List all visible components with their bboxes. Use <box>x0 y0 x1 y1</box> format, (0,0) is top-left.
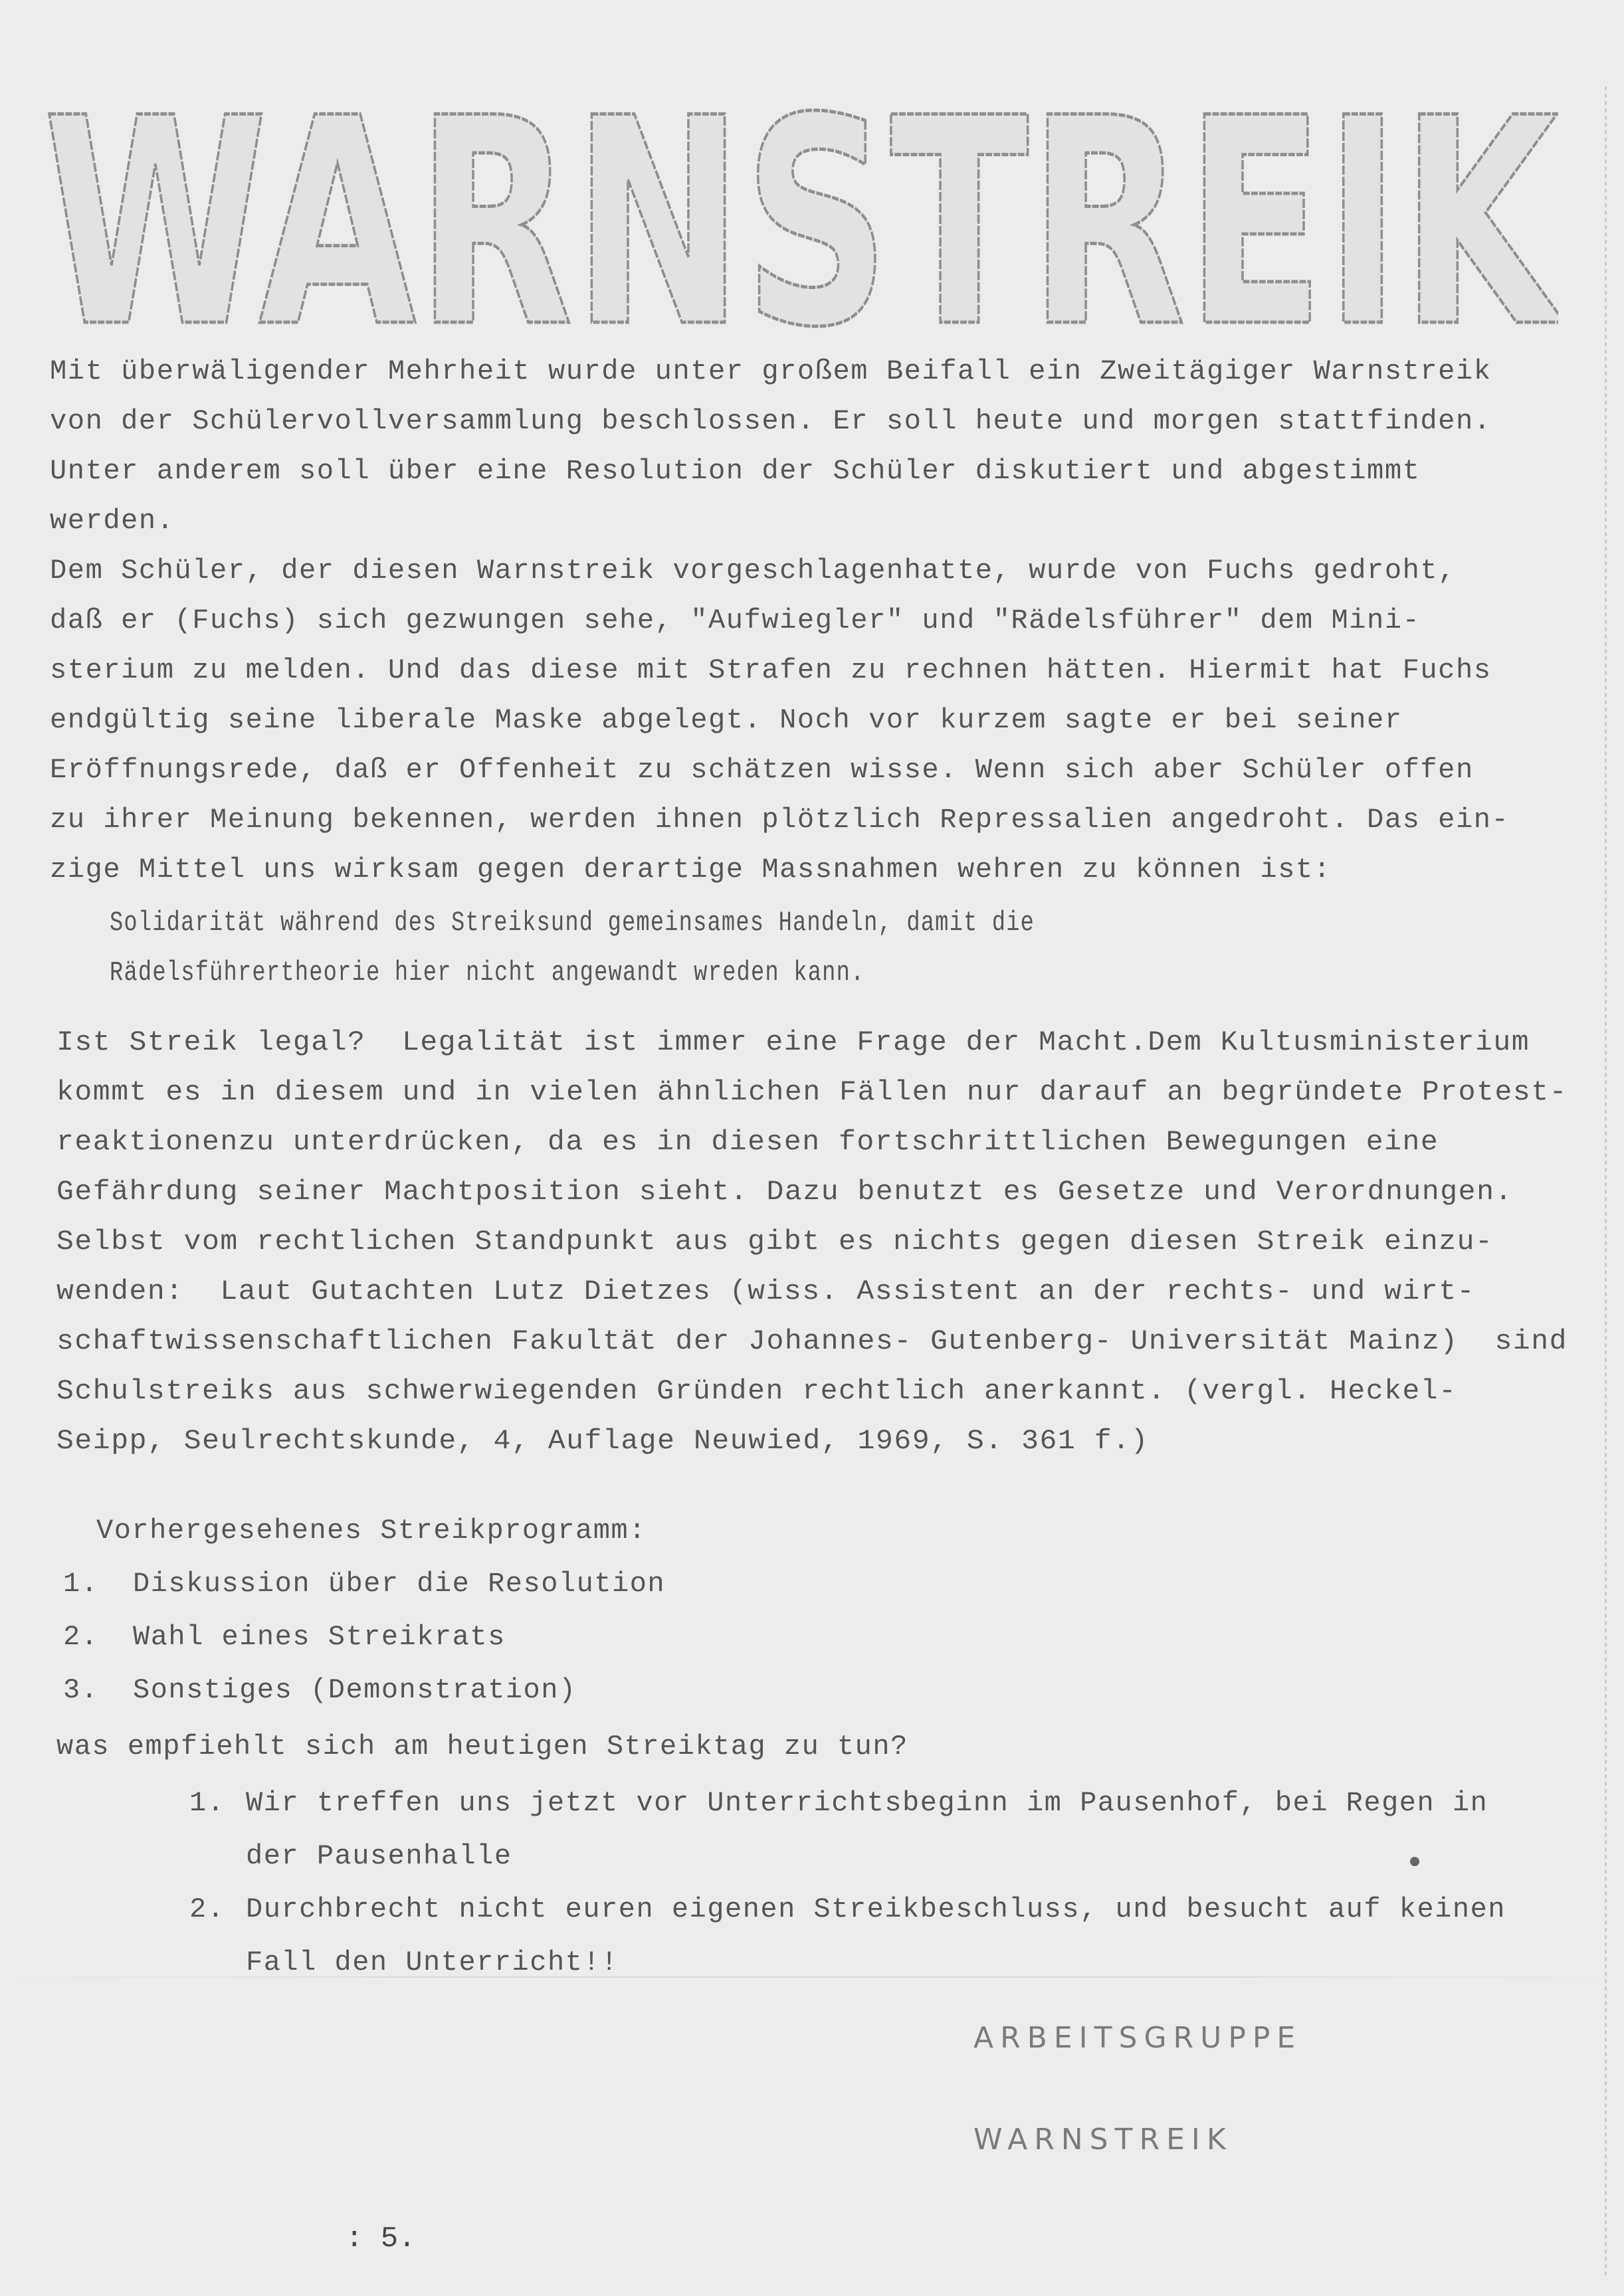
today-item-line: der Pausenhalle <box>246 1840 512 1872</box>
p1-line: Mit überwäligender Mehrheit wurde unter … <box>50 355 1492 387</box>
today-item-line: Fall den Unterricht!! <box>246 1947 619 1978</box>
page-number: : 5. <box>346 2222 416 2255</box>
program-item-num: 2. <box>63 1621 98 1653</box>
p3-line: Selbst vom rechtlichen Standpunkt aus gi… <box>56 1226 1493 1258</box>
paper-fold <box>0 1976 1624 1978</box>
p3-line: Seipp, Seulrechtskunde, 4, Auflage Neuwi… <box>56 1425 1149 1457</box>
headline-text: WARNSTREIK <box>43 100 1558 339</box>
today-item-line: Wir treffen uns jetzt vor Unterrichtsbeg… <box>246 1787 1488 1819</box>
today-item-num: 1. <box>189 1787 225 1819</box>
p1-line: werden. <box>50 505 174 537</box>
p2-line: Dem Schüler, der diesen Warnstreik vorge… <box>50 555 1456 587</box>
p3-line: kommt es in diesem und in vielen ähnlich… <box>56 1076 1568 1108</box>
p3-line: reaktionenzu unterdrücken, da es in dies… <box>56 1126 1439 1158</box>
p2-line: endgültig seine liberale Maske abgelegt.… <box>50 704 1403 736</box>
program-item: Sonstiges (Demonstration) <box>133 1674 577 1706</box>
p2-line: zu ihrer Meinung bekennen, werden ihnen … <box>50 804 1509 836</box>
program-item: Wahl eines Streikrats <box>133 1621 506 1653</box>
p1-line: Unter anderem soll über eine Resolution … <box>50 455 1420 487</box>
p1-line: von der Schülervollversammlung beschloss… <box>50 405 1492 437</box>
program-heading: Vorhergesehenes Streikprogramm: <box>96 1515 647 1547</box>
today-item-num: 2. <box>189 1893 225 1925</box>
program-item-num: 3. <box>63 1674 98 1706</box>
p2-line: zige Mittel uns wirksam gegen derartige … <box>50 854 1331 886</box>
ink-speck <box>1410 1857 1419 1866</box>
p2-line: sterium zu melden. Und das diese mit Str… <box>50 654 1492 686</box>
signature-line: ARBEITSGRUPPE <box>973 2021 1302 2055</box>
p3-line: Schulstreiks aus schwerwiegenden Gründen… <box>56 1375 1457 1407</box>
headline: WARNSTREIK <box>43 100 1558 339</box>
p3-line: Ist Streik legal? Legalität ist immer ei… <box>56 1026 1530 1058</box>
today-question: was empfiehlt sich am heutigen Streiktag… <box>56 1731 908 1763</box>
today-item-line: Durchbrecht nicht euren eigenen Streikbe… <box>246 1893 1506 1925</box>
program-item-num: 1. <box>63 1568 98 1600</box>
signature-line: WARNSTREIK <box>973 2123 1233 2156</box>
p2-line: Eröffnungsrede, daß er Offenheit zu schä… <box>50 754 1474 786</box>
p3-line: wenden: Laut Gutachten Lutz Dietzes (wis… <box>56 1276 1475 1307</box>
program-item: Diskussion über die Resolution <box>133 1568 665 1600</box>
quote-line: Rädelsführertheorie hier nicht angewandt… <box>110 957 865 989</box>
paper-edge <box>1605 86 1607 2279</box>
quote-line: Solidarität während des Streiksund gemei… <box>110 907 1035 939</box>
p3-line: Gefährdung seiner Machtposition sieht. D… <box>56 1176 1513 1208</box>
p2-line: daß er (Fuchs) sich gezwungen sehe, "Auf… <box>50 605 1420 636</box>
p3-line: schaftwissenschaftlichen Fakultät der Jo… <box>56 1325 1568 1357</box>
